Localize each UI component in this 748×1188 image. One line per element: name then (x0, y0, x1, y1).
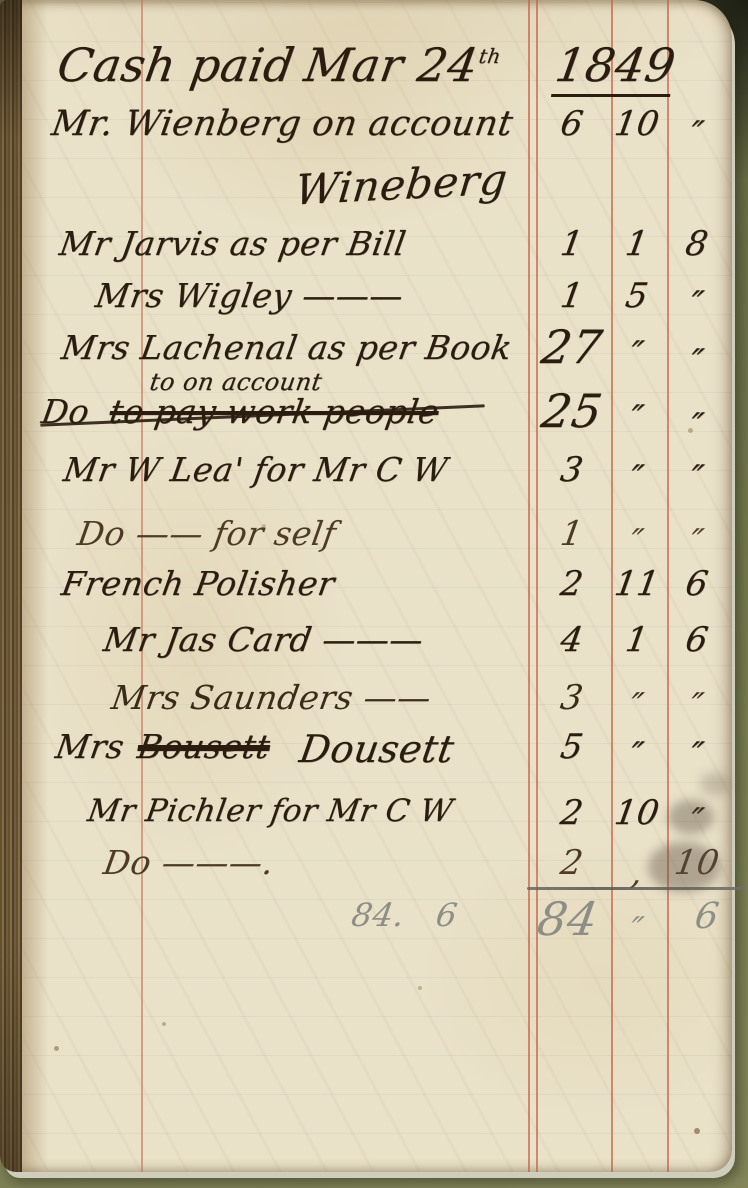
entry-shillings: 1 (607, 620, 667, 660)
binding-shadow (22, 0, 48, 1172)
entry-pounds: 3 (535, 678, 609, 718)
foxing-speck (418, 986, 422, 990)
ink-smudge (648, 842, 720, 892)
scanned-ledger-photo: { "document_kind": "handwritten cash led… (0, 0, 748, 1188)
foxing-speck (262, 524, 266, 528)
header-row: Cash paid Mar 24th 1849 (0, 38, 732, 90)
entry-pounds: 6 (535, 104, 609, 144)
entry-pounds: 2 (535, 793, 609, 833)
foxing-speck (688, 428, 693, 433)
entry-pounds: 2 (535, 843, 609, 883)
entry-shillings: 11 (607, 564, 667, 604)
foxing-speck (54, 1046, 59, 1051)
entry-shillings: 5 (607, 276, 667, 316)
entry-name: Mr Jarvis as per Bill (57, 224, 409, 263)
account-row: Mr. Wienberg on account 6 10 ″ (0, 104, 732, 156)
entry-pence: ″ (663, 735, 731, 775)
ledger-row: Mr W Lea' for Mr C W 3 ″ ″ (0, 450, 732, 502)
ledger-row: Mrs Saunders —— 3 ″ ″ (0, 678, 732, 730)
entry-name: Do —— for self (75, 514, 339, 553)
entry-shillings: ″ (607, 686, 667, 726)
entry-pence: ″ (663, 284, 731, 324)
entry-pounds: 1 (535, 276, 609, 316)
ink-smudge (668, 800, 714, 834)
entry-name: Mr. Wienberg on account (49, 104, 516, 144)
foxing-speck (162, 1022, 166, 1026)
entry-shillings: 1 (607, 224, 667, 264)
ledger-page: Cash paid Mar 24th 1849 Mr. Wienberg on … (0, 0, 732, 1172)
entry-shillings: ″ (607, 334, 667, 374)
entry-name-struck: to pay work people (107, 392, 442, 431)
entry-shillings: 10 (607, 104, 667, 144)
entry-pence: ″ (663, 686, 731, 726)
entry-pounds: 5 (535, 727, 609, 767)
pencil-subtotal: 84. 6 (349, 896, 460, 934)
entry-name: French Polisher (59, 564, 338, 603)
entry-pounds: 27 (534, 320, 611, 374)
entry-pounds: 3 (535, 450, 609, 490)
ledger-row-corrected: to on account Do to pay work people 25 ″… (0, 392, 732, 444)
entry-pence: ″ (663, 114, 731, 154)
entry-pounds: 1 (535, 514, 609, 554)
entry-pounds: 4 (535, 620, 609, 660)
entry-shillings: ″ (607, 522, 667, 562)
entry-shillings: 10 (607, 793, 667, 833)
entry-pence: ″ (663, 522, 731, 562)
entry-prefix: Mrs (53, 727, 127, 766)
ledger-row: Mrs Lachenal as per Book 27 ″ ″ (0, 328, 732, 380)
entry-name: Mr W Lea' for Mr C W (61, 450, 450, 489)
entry-name: Mrs Wigley ——— (93, 276, 406, 315)
entry-shillings: ″ (607, 458, 667, 498)
foxing-speck (694, 1128, 700, 1134)
ledger-row: Mrs Wigley ——— 1 5 ″ (0, 276, 732, 328)
entry-pence: 8 (663, 224, 731, 264)
entry-name: Mr Pichler for Mr C W (85, 793, 455, 829)
entry-name: Dousett (297, 727, 458, 771)
entry-pence: 6 (663, 620, 731, 660)
section-heading-row: Wineberg (0, 160, 732, 212)
ink-smudge (700, 772, 730, 796)
entry-shillings: ″ (607, 398, 667, 438)
ledger-row-corrected: Mrs Bousett Dousett 5 ″ ″ (0, 727, 732, 779)
entry-name: Do ———. (101, 843, 277, 882)
entry-name: Mr Jas Card ——— (101, 620, 426, 659)
total-pence: 6 (673, 896, 741, 937)
entry-pounds: 1 (535, 224, 609, 264)
total-row: 84. 6 84 ″ 6 (0, 896, 732, 948)
entry-pounds: 2 (535, 564, 609, 604)
entry-shillings: ″ (607, 735, 667, 775)
entry-pence: 6 (663, 564, 731, 604)
entry-pence: ″ (663, 458, 731, 498)
entry-pence: ″ (663, 406, 731, 446)
entry-name: Mrs Saunders —— (109, 678, 434, 717)
ledger-row: Mr Jarvis as per Bill 1 1 8 (0, 224, 732, 276)
ledger-row: Mr Pichler for Mr C W 2 10 ″ (0, 793, 732, 845)
entry-pounds: 25 (534, 384, 611, 438)
entry-name-struck: Bousett (135, 727, 273, 766)
total-pounds: 84 (534, 892, 602, 946)
entry-name: Mrs Lachenal as per Book (59, 328, 515, 367)
ledger-row: Do —— for self 1 ″ ″ (0, 514, 732, 566)
header-date: Mar 24th (301, 38, 504, 92)
ledger-row: French Polisher 2 11 6 (0, 564, 732, 616)
header-cash-paid: Cash paid (54, 38, 299, 92)
header-ordinal: th (477, 44, 503, 68)
header-year: 1849 (552, 38, 680, 92)
book-binding-edge (0, 0, 22, 1172)
section-heading: Wineberg (293, 155, 510, 215)
total-rule-line (527, 887, 745, 890)
entry-pence: ″ (663, 342, 731, 382)
ledger-row: Mr Jas Card ——— 4 1 6 (0, 620, 732, 672)
total-shillings: ″ (607, 910, 667, 950)
